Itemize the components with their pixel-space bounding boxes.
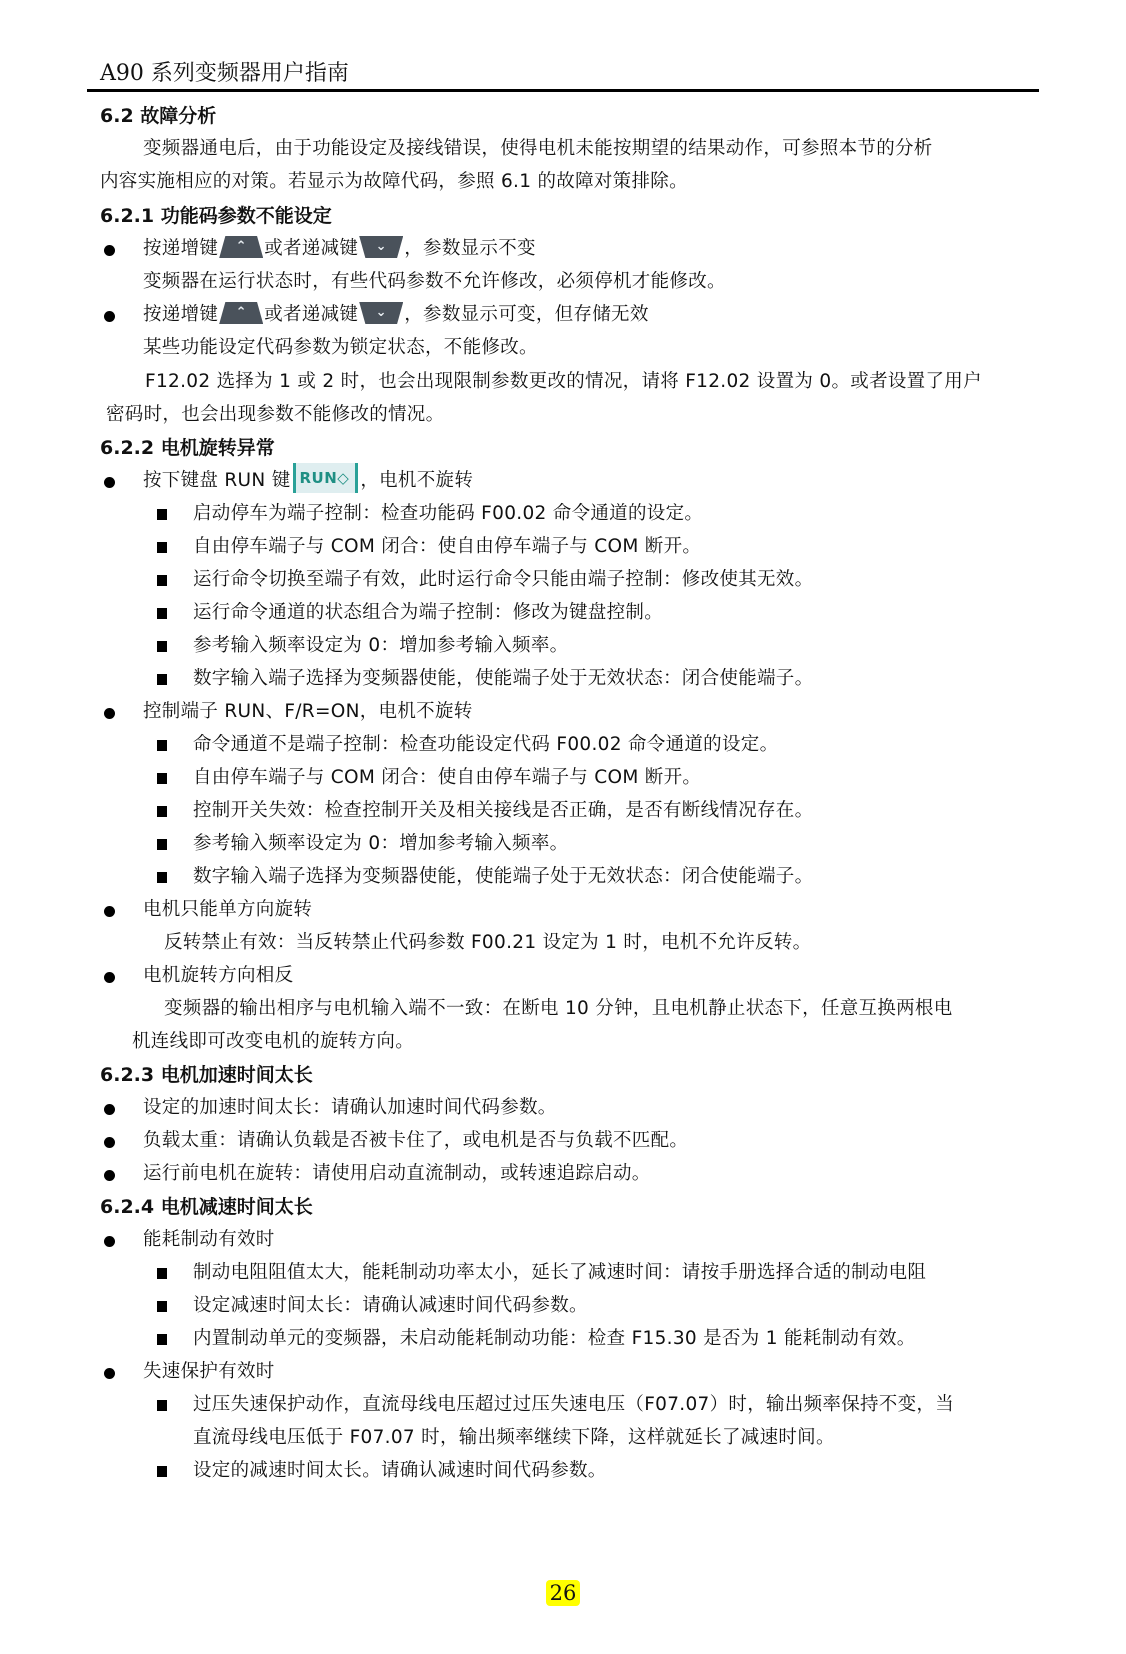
item-text: ，参数显示可变，但存储无效 xyxy=(404,304,648,325)
item-text: 或者递减键 xyxy=(264,238,358,259)
sub-list-item: 数字输入端子选择为变频器使能，使能端子处于无效状态：闭合使能端子。 xyxy=(193,667,813,691)
sub-list-item: 自由停车端子与 COM 闭合：使自由停车端子与 COM 断开。 xyxy=(193,766,701,790)
sub-list-item: 数字输入端子选择为变频器使能，使能端子处于无效状态：闭合使能端子。 xyxy=(193,865,813,889)
intro-paragraph-line1: 变频器通电后，由于功能设定及接线错误，使得电机未能按期望的结果动作，可参照本节的… xyxy=(143,137,933,161)
bullet-square-icon xyxy=(157,1301,167,1312)
increment-key-icon: ⌃ xyxy=(219,236,263,258)
bullet-dot-icon xyxy=(104,1170,115,1181)
sub-list-item: 启动停车为端子控制：检查功能码 F00.02 命令通道的设定。 xyxy=(193,502,703,526)
list-item: 失速保护有效时 xyxy=(143,1360,275,1384)
item-description: 某些功能设定代码参数为锁定状态，不能修改。 xyxy=(143,336,538,360)
header-rule xyxy=(87,89,1039,92)
list-item: 按递增键⌃或者递减键⌄，参数显示可变，但存储无效 xyxy=(143,303,649,327)
subsection-6-2-2-title: 6.2.2 电机旋转异常 xyxy=(100,436,275,460)
bullet-dot-icon xyxy=(104,906,115,917)
sub-list-item: 参考输入频率设定为 0：增加参考输入频率。 xyxy=(193,832,568,856)
sub-list-item: 内置制动单元的变频器，未启动能耗制动功能：检查 F15.30 是否为 1 能耗制… xyxy=(193,1327,916,1351)
bullet-dot-icon xyxy=(104,1104,115,1115)
subsection-6-2-4-title: 6.2.4 电机减速时间太长 xyxy=(100,1195,313,1219)
section-title: 6.2 故障分析 xyxy=(100,104,216,128)
sub-list-item: 自由停车端子与 COM 闭合：使自由停车端子与 COM 断开。 xyxy=(193,535,701,559)
bullet-square-icon xyxy=(157,509,167,520)
sub-list-item: 运行命令通道的状态组合为端子控制：修改为键盘控制。 xyxy=(193,601,663,625)
list-item: 能耗制动有效时 xyxy=(143,1228,275,1252)
item-text: 按下键盘 RUN 键 xyxy=(143,470,291,491)
note-line2: 密码时，也会出现参数不能修改的情况。 xyxy=(106,403,444,427)
list-item: 控制端子 RUN、F/R=ON，电机不旋转 xyxy=(143,700,473,724)
run-key-icon: RUN◇ xyxy=(293,463,359,493)
bullet-square-icon xyxy=(157,773,167,784)
bullet-square-icon xyxy=(157,839,167,850)
bullet-square-icon xyxy=(157,674,167,685)
bullet-square-icon xyxy=(157,608,167,619)
item-text: ，参数显示不变 xyxy=(404,238,536,259)
list-item: 电机只能单方向旋转 xyxy=(143,898,312,922)
bullet-dot-icon xyxy=(104,1368,115,1379)
subsection-6-2-1-title: 6.2.1 功能码参数不能设定 xyxy=(100,204,332,228)
item-description-line2: 机连线即可改变电机的旋转方向。 xyxy=(132,1030,414,1054)
sub-list-item: 设定减速时间太长：请确认减速时间代码参数。 xyxy=(193,1294,588,1318)
bullet-dot-icon xyxy=(104,245,115,256)
increment-key-icon: ⌃ xyxy=(219,302,263,324)
item-description: 变频器在运行状态时，有些代码参数不允许修改，必须停机才能修改。 xyxy=(143,270,726,294)
sub-list-item: 命令通道不是端子控制：检查功能设定代码 F00.02 命令通道的设定。 xyxy=(193,733,778,757)
page-number: 26 xyxy=(546,1580,580,1606)
sub-list-item: 控制开关失效：检查控制开关及相关接线是否正确，是否有断线情况存在。 xyxy=(193,799,813,823)
list-item: 按递增键⌃或者递减键⌄，参数显示不变 xyxy=(143,237,536,261)
bullet-square-icon xyxy=(157,575,167,586)
list-item: 负载太重：请确认负载是否被卡住了，或电机是否与负载不匹配。 xyxy=(143,1129,688,1153)
sub-list-item-line1: 过压失速保护动作，直流母线电压超过过压失速电压（F07.07）时，输出频率保持不… xyxy=(193,1393,954,1417)
list-item: 按下键盘 RUN 键RUN◇，电机不旋转 xyxy=(143,469,473,493)
bullet-square-icon xyxy=(157,872,167,883)
bullet-square-icon xyxy=(157,806,167,817)
bullet-dot-icon xyxy=(104,477,115,488)
sub-list-item: 运行命令切换至端子有效，此时运行命令只能由端子控制：修改使其无效。 xyxy=(193,568,813,592)
intro-paragraph-line2: 内容实施相应的对策。若显示为故障代码，参照 6.1 的故障对策排除。 xyxy=(100,170,688,194)
decrement-key-icon: ⌄ xyxy=(359,236,403,258)
item-text: 按递增键 xyxy=(143,304,218,325)
bullet-square-icon xyxy=(157,542,167,553)
bullet-dot-icon xyxy=(104,1137,115,1148)
bullet-dot-icon xyxy=(104,972,115,983)
list-item: 电机旋转方向相反 xyxy=(143,964,293,988)
bullet-square-icon xyxy=(157,740,167,751)
sub-list-item: 参考输入频率设定为 0：增加参考输入频率。 xyxy=(193,634,568,658)
subsection-6-2-3-title: 6.2.3 电机加速时间太长 xyxy=(100,1063,313,1087)
list-item: 设定的加速时间太长：请确认加速时间代码参数。 xyxy=(143,1096,557,1120)
bullet-square-icon xyxy=(157,1400,167,1411)
item-description-line1: 变频器的输出相序与电机输入端不一致：在断电 10 分钟，且电机静止状态下，任意互… xyxy=(164,997,953,1021)
bullet-dot-icon xyxy=(104,1236,115,1247)
decrement-key-icon: ⌄ xyxy=(359,302,403,324)
item-text: 或者递减键 xyxy=(264,304,358,325)
bullet-square-icon xyxy=(157,641,167,652)
item-description: 反转禁止有效：当反转禁止代码参数 F00.21 设定为 1 时，电机不允许反转。 xyxy=(164,931,811,955)
bullet-dot-icon xyxy=(104,708,115,719)
bullet-square-icon xyxy=(157,1466,167,1477)
bullet-square-icon xyxy=(157,1334,167,1345)
sub-list-item: 制动电阻阻值太大，能耗制动功率太小，延长了减速时间：请按手册选择合适的制动电阻 xyxy=(193,1261,926,1285)
bullet-square-icon xyxy=(157,1268,167,1279)
sub-list-item-line2: 直流母线电压低于 F07.07 时，输出频率继续下降，这样就延长了减速时间。 xyxy=(193,1426,835,1450)
bullet-dot-icon xyxy=(104,311,115,322)
item-text: 按递增键 xyxy=(143,238,218,259)
item-text: ，电机不旋转 xyxy=(360,470,473,491)
list-item: 运行前电机在旋转：请使用启动直流制动，或转速追踪启动。 xyxy=(143,1162,651,1186)
sub-list-item: 设定的减速时间太长。请确认减速时间代码参数。 xyxy=(193,1459,607,1483)
note-line1: F12.02 选择为 1 或 2 时，也会出现限制参数更改的情况，请将 F12.… xyxy=(145,370,982,394)
document-header-title: A90 系列变频器用户指南 xyxy=(100,60,349,88)
